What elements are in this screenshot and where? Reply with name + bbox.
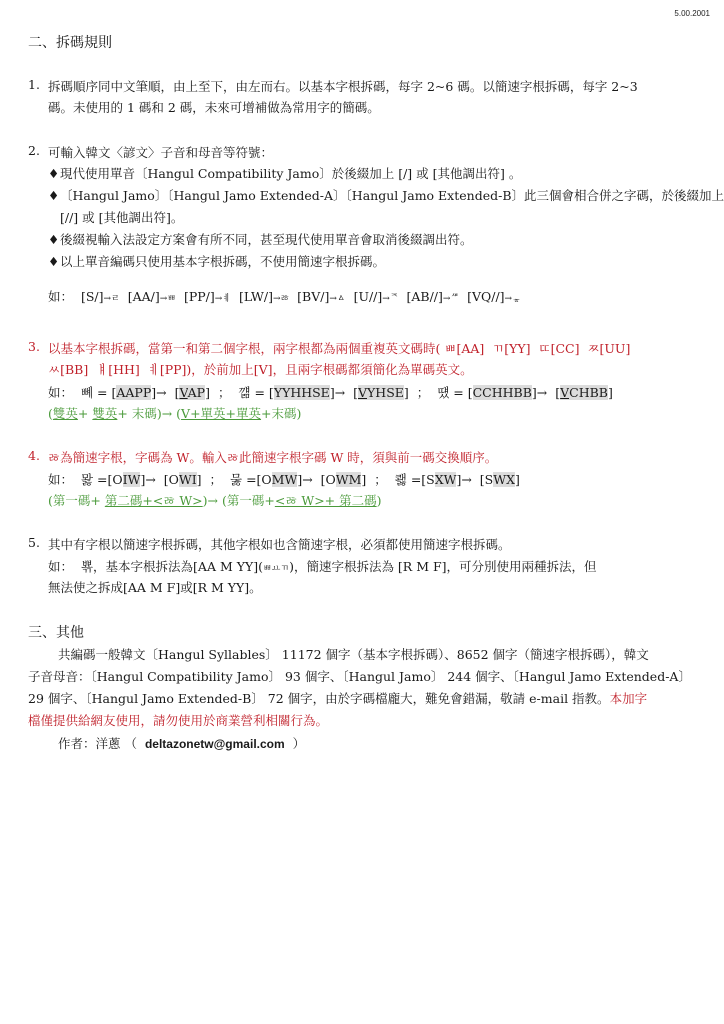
author-email[interactable]: deltazonetw@gmail.com [145, 737, 285, 751]
diamond-bullet-icon: ♦ [48, 166, 60, 181]
item-4-number: 4. [28, 448, 40, 463]
bullet-2-continuation: [//] 或 [其他調出符]。 [60, 208, 183, 226]
item-4-examples: 如： 뫓 =[OIW]→ [OWI] ； 뭃 =[OMW]→ [OWM] ； 쾛… [48, 470, 520, 488]
bullet-3: ♦後綴視輸入法設定方案會有所不同，甚至現代使用單音會取消後綴調出符。 [48, 230, 473, 248]
item-3-line-1: 以基本字根拆碼，當第一和第二個字根，兩字根都為兩個重複英文碼時( ㅃ[AA] ㄲ… [48, 339, 630, 357]
other-paragraph-line-4: 檔僅提供給網友使用，請勿使用於商業營利相關行為。 [28, 711, 328, 729]
syllable-example: 떘 = [CCHHBB]→ [VCHBB] [437, 385, 613, 400]
item-5-example: 如： 뾲，基本字根拆法為[AA M YY](ㅃㅛㄲ)，簡速字根拆法為 [R M … [48, 557, 597, 575]
item-2-title: 可輸入韓文〈諺文〉子音和母音等符號： [48, 143, 273, 161]
item-4-line-1: ㅀ為簡速字根，字碼為 W。輸入ㅀ此簡速字根字碼 W 時，須與前一碼交換順序。 [48, 448, 497, 466]
version-label: 5.00.2001 [674, 9, 710, 18]
item-2-examples: 如： [S/]→ㄹ [AA/]→ㅃ [PP/]→ㅖ [LW/]→ㅀ [BV/]→… [48, 287, 521, 305]
syllable-example: 꺪 = [YYHHSE]→ [VYHSE] [238, 385, 412, 400]
other-paragraph-line-2: 子音母音：〔Hangul Compatibility Jamo〕 93 個字、〔… [28, 667, 691, 685]
jamo-example: [PP/]→ㅖ [184, 289, 231, 304]
diamond-bullet-icon: ♦ [48, 254, 60, 269]
item-3-formula: (雙英+ 雙英+ 末碼)→ (V+單英+單英+末碼) [48, 404, 301, 422]
section-title-other: 三、其他 [28, 622, 84, 642]
other-paragraph-line-1: 共編碼一般韓文〔Hangul Syllables〕 11172 個字（基本字根拆… [58, 645, 649, 663]
syllable-example: 뫓 =[OIW]→ [OWI] [81, 472, 206, 487]
item-5-line-1: 其中有字根以簡速字根拆碼，其他字根如也含簡速字根，必須都使用簡速字根拆碼。 [48, 535, 511, 553]
section-title-rules: 二、拆碼規則 [28, 32, 112, 52]
item-1-line-2: 碼。未使用的 1 碼和 2 碼，未來可增補做為常用字的簡碼。 [48, 98, 380, 116]
item-1-line-1: 拆碼順序同中文筆順，由上至下，由左而右。以基本字根拆碼，每字 2~6 碼。以簡速… [48, 77, 638, 95]
diamond-bullet-icon: ♦ [48, 188, 60, 203]
item-5-number: 5. [28, 535, 40, 550]
item-3-examples: 如： 뼤 = [AAPP]→ [VAP] ； 꺪 = [YYHHSE]→ [VY… [48, 383, 613, 401]
author-line: 作者：洋蔥 （ deltazonetw@gmail.com ） [58, 734, 305, 752]
item-1-number: 1. [28, 77, 40, 92]
jamo-example: [BV/]→ㅿ [297, 289, 345, 304]
jamo-example: [VQ//]→ᇂ [467, 289, 521, 304]
jamo-example: [AB//]→ᄲ [406, 289, 459, 304]
syllable-example: 뭃 =[OMW]→ [OWM] [230, 472, 370, 487]
jamo-example: [AA/]→ㅃ [128, 289, 176, 304]
item-5-line-3: 無法使之拆成[AA M F]或[R M YY]。 [48, 578, 262, 596]
item-2-number: 2. [28, 143, 40, 158]
syllable-example: 쾛 =[SXW]→ [SWX] [395, 472, 520, 487]
item-4-formula: (第一碼+ 第二碼+<ㅀ W>)→ (第一碼+<ㅀ W>+ 第二碼) [48, 491, 382, 509]
other-paragraph-line-3: 29 個字、〔Hangul Jamo Extended-B〕 72 個字，由於字… [28, 689, 647, 707]
bullet-1: ♦現代使用單音〔Hangul Compatibility Jamo〕於後綴加上 … [48, 164, 521, 182]
item-3-number: 3. [28, 339, 40, 354]
diamond-bullet-icon: ♦ [48, 232, 60, 247]
item-3-line-2: ㅆ[BB] ㅒ[HH] ㅖ[PP])，於前加上[V]，且兩字根碼都須簡化為單碼英… [48, 360, 473, 378]
bullet-2: ♦〔Hangul Jamo〕〔Hangul Jamo Extended-A〕〔H… [48, 186, 724, 204]
bullet-4: ♦以上單音編碼只使用基本字根拆碼，不使用簡速字根拆碼。 [48, 252, 385, 270]
syllable-example: 뼤 = [AAPP]→ [VAP] [81, 385, 214, 400]
jamo-example: [U//]→ᅐ [354, 289, 399, 304]
jamo-example: [LW/]→ㅀ [239, 289, 289, 304]
jamo-example: [S/]→ㄹ [81, 289, 120, 304]
